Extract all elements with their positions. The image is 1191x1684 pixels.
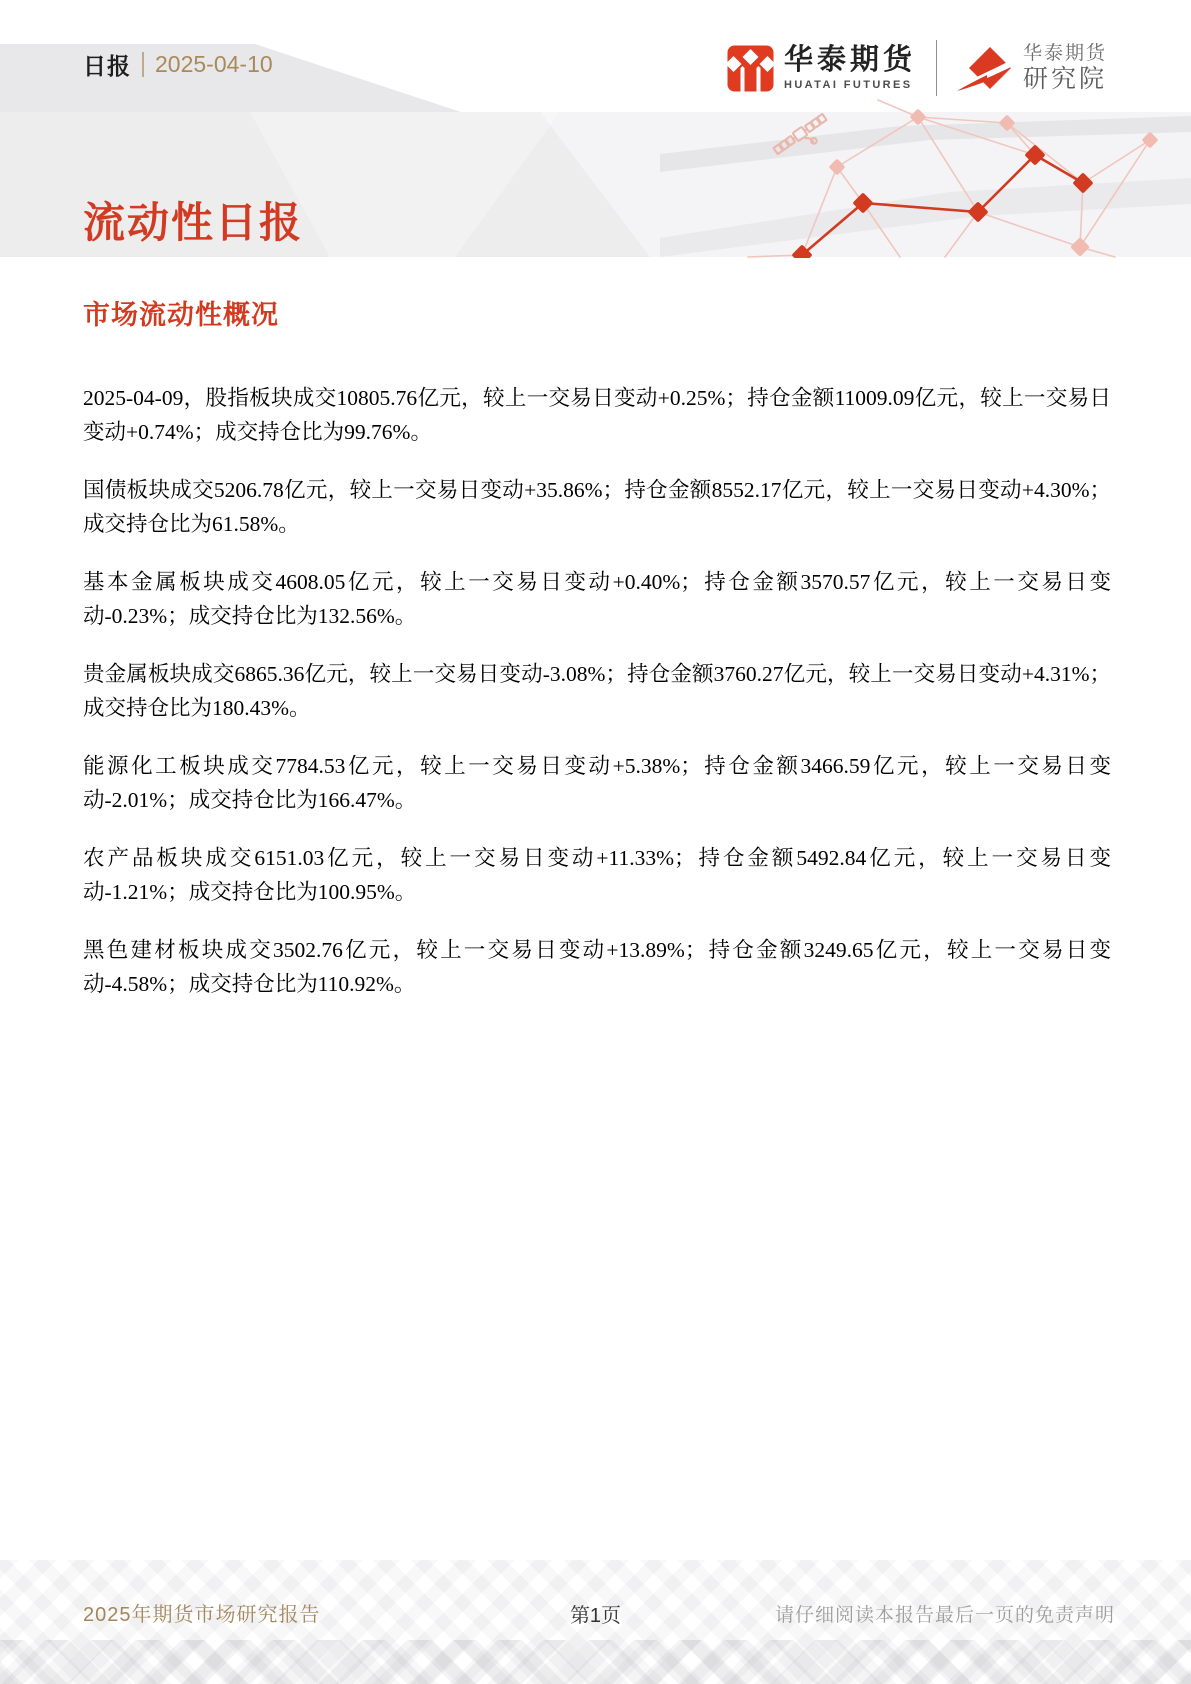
paragraph-ferrous-building: 黑色建材板块成交3502.76亿元，较上一交易日变动+13.89%；持仓金额32… <box>83 933 1111 1001</box>
report-page: 日报 2025-04-10 华泰期货 HUATAI FUTURES <box>0 0 1191 1684</box>
doc-type-label: 日报 <box>83 48 131 81</box>
disclaimer-note: 请仔细阅读本报告最后一页的免责声明 <box>775 1600 1115 1627</box>
market-liquidity-overview: 2025-04-09，股指板块成交10805.76亿元，较上一交易日变动+0.2… <box>83 381 1111 1025</box>
huatai-brand-text: 华泰期货 HUATAI FUTURES <box>784 46 916 91</box>
footer-row: 2025年期货市场研究报告 第1页 请仔细阅读本报告最后一页的免责声明 <box>0 1598 1191 1628</box>
brand-name-cn: 华泰期货 <box>784 46 916 75</box>
logo-group: 华泰期货 HUATAI FUTURES 华泰期货 研究院 <box>727 38 1107 98</box>
brand-name-en: HUATAI FUTURES <box>784 80 916 91</box>
huatai-logo-icon <box>727 45 774 92</box>
header: 日报 2025-04-10 <box>83 48 273 80</box>
institute-brand-cn: 华泰期货 <box>1023 44 1107 63</box>
paragraph-stock-index: 2025-04-09，股指板块成交10805.76亿元，较上一交易日变动+0.2… <box>83 381 1111 449</box>
paragraph-treasury-bonds: 国债板块成交5206.78亿元，较上一交易日变动+35.86%；持仓金额8552… <box>83 473 1111 541</box>
huatai-futures-logo: 华泰期货 HUATAI FUTURES <box>727 45 916 92</box>
institute-text: 华泰期货 研究院 <box>1023 44 1107 92</box>
paragraph-precious-metals: 贵金属板块成交6865.36亿元，较上一交易日变动-3.08%；持仓金额3760… <box>83 657 1111 725</box>
logo-divider <box>936 40 937 96</box>
research-institute-logo-icon <box>957 44 1015 92</box>
research-institute-logo: 华泰期货 研究院 <box>957 44 1107 92</box>
page-footer: 2025年期货市场研究报告 第1页 请仔细阅读本报告最后一页的免责声明 <box>0 1560 1191 1684</box>
report-date: 2025-04-10 <box>155 51 273 78</box>
paragraph-energy-chemicals: 能源化工板块成交7784.53亿元，较上一交易日变动+5.38%；持仓金额346… <box>83 749 1111 817</box>
section-title: 市场流动性概况 <box>83 293 279 332</box>
report-title: 流动性日报 <box>83 190 303 250</box>
footer-diamond-pattern-dense <box>0 1640 1191 1684</box>
paragraph-agricultural: 农产品板块成交6151.03亿元，较上一交易日变动+11.33%；持仓金额549… <box>83 841 1111 909</box>
institute-name: 研究院 <box>1023 67 1107 92</box>
header-divider <box>142 52 144 77</box>
paragraph-base-metals: 基本金属板块成交4608.05亿元，较上一交易日变动+0.40%；持仓金额357… <box>83 565 1111 633</box>
